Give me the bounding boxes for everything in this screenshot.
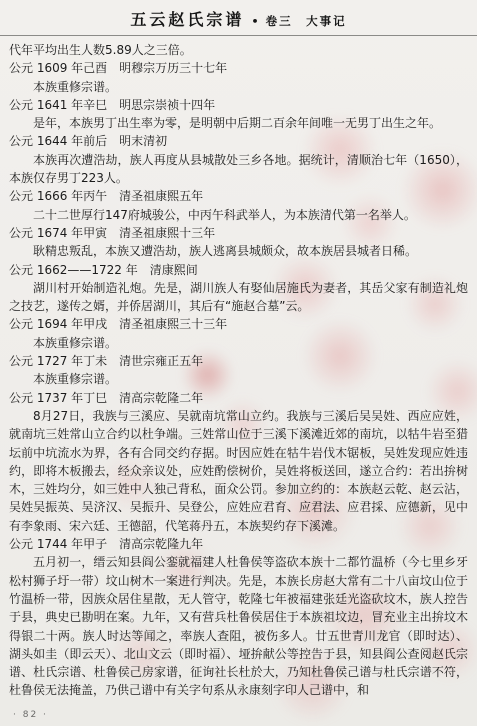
paragraph: 本族重修宗谱。 (9, 334, 468, 352)
paragraph: 耿精忠叛乱，本族又遭浩劫，族人逃离县城颇众，故本族居县城者日稀。 (9, 242, 468, 260)
event-heading: 公元 1674 年甲寅 清圣祖康熙十三年 (9, 224, 468, 242)
event-heading: 公元 1744 年甲子 清高宗乾隆九年 (9, 535, 468, 553)
chronicle-text: 代年平均出生人数5.89人之三倍。 公元 1609 年己酉 明穆宗万历三十七年 … (0, 36, 477, 700)
scanned-genealogy-page: 五云赵氏宗谱 • 卷三 大事记 代年平均出生人数5.89人之三倍。 公元 160… (0, 0, 477, 726)
event-heading: 公元 1641 年辛巳 明思宗崇祯十四年 (9, 96, 468, 114)
paragraph: 是年，本族男丁出生率为零，是明朝中后期二百余年间唯一无男丁出生之年。 (9, 114, 468, 132)
paragraph: 本族重修宗谱。 (9, 370, 468, 388)
event-heading: 公元 1662——1722 年 清康熙间 (9, 261, 468, 279)
paragraph: 代年平均出生人数5.89人之三倍。 (9, 41, 468, 59)
paragraph: 本族再次遭浩劫，族人再度从县城散处三乡各地。据统计，清顺治七年（1650），本族… (9, 151, 468, 188)
book-title: 五云赵氏宗谱 (130, 10, 244, 29)
page-header: 五云赵氏宗谱 • 卷三 大事记 (0, 0, 477, 36)
event-heading: 公元 1666 年丙午 清圣祖康熙五年 (9, 187, 468, 205)
paragraph: 本族重修宗谱。 (9, 78, 468, 96)
event-heading: 公元 1727 年丁未 清世宗雍正五年 (9, 352, 468, 370)
paragraph: 湖川村开始制造礼炮。先是，湖川族人有娶仙居施氏为妻者，其岳父家有制造礼炮之技艺，… (9, 279, 468, 316)
paragraph: 8月27日，我族与三溪应、吴就南坑常山立约。我族与三溪后吴吴姓、西应应姓，就南坑… (9, 407, 468, 535)
title-separator-dot: • (251, 15, 258, 28)
paragraph: 二十二世厚行147府城骏公，中丙午科武举人，为本族清代第一名举人。 (9, 206, 468, 224)
page-number: · 82 · (13, 710, 48, 720)
event-heading: 公元 1694 年甲戌 清圣祖康熙三十三年 (9, 315, 468, 333)
event-heading: 公元 1609 年己酉 明穆宗万历三十七年 (9, 59, 468, 77)
volume-chapter-title: 卷三 大事记 (266, 14, 347, 28)
event-heading: 公元 1644 年前后 明末清初 (9, 132, 468, 150)
event-heading: 公元 1737 年丁巳 清高宗乾隆二年 (9, 389, 468, 407)
paragraph: 五月初一，缙云知县阎公銮就福建人杜鲁侯等盗砍本族十二都竹温桥（今七里乡牙松村狮子… (9, 553, 468, 699)
